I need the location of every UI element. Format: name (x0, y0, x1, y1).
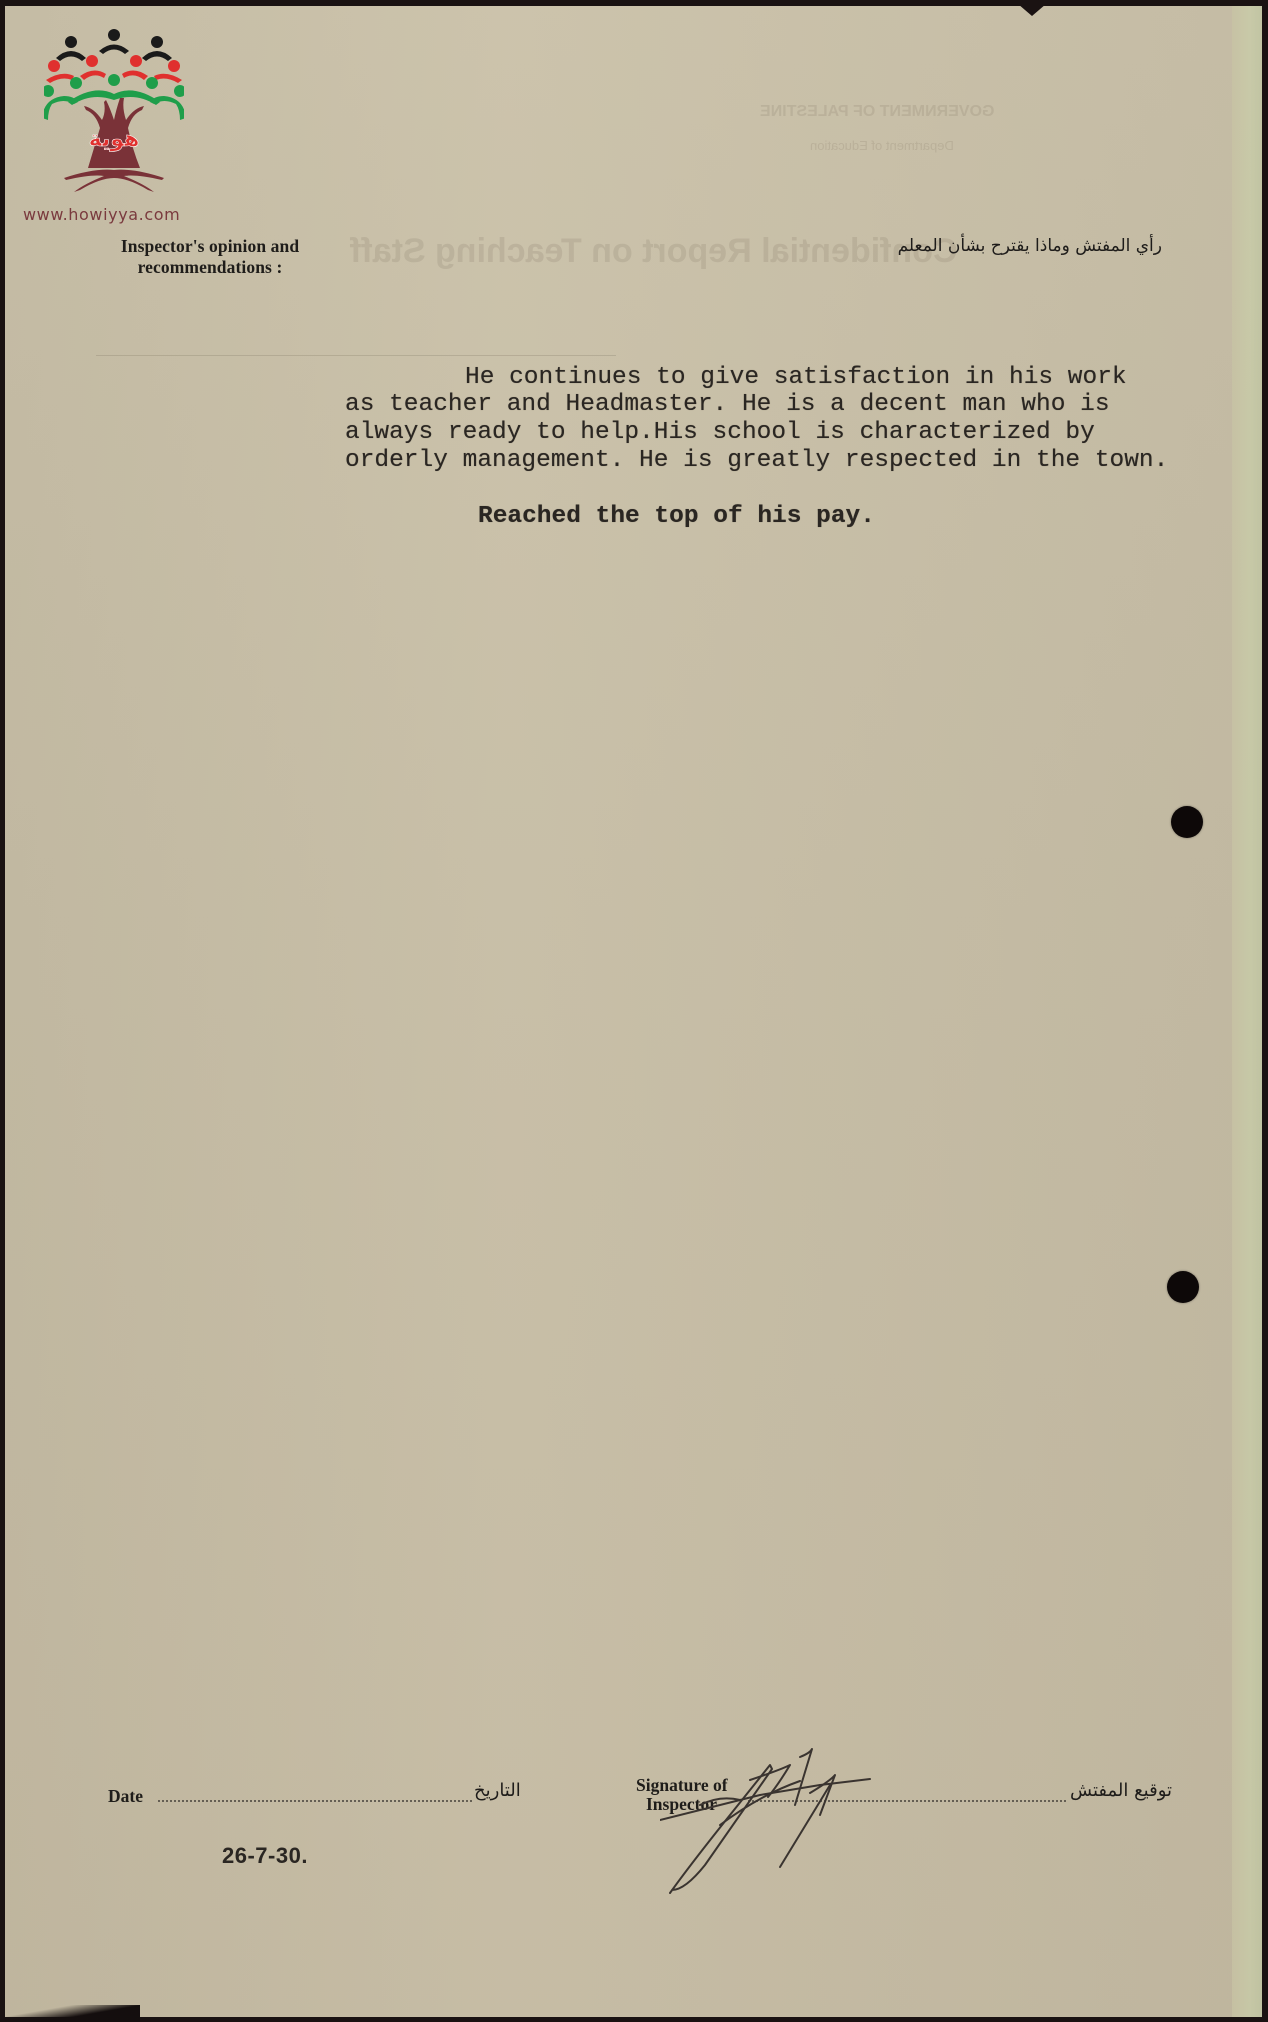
opinion-text-line-4: orderly management. He is greatly respec… (345, 447, 1168, 474)
page-top-notch (1018, 4, 1046, 16)
opinion-text-line-3: always ready to help.His school is chara… (345, 419, 1095, 446)
opinion-label-ar: رأي المفتش وماذا يقترح بشأن المعلم (880, 236, 1162, 256)
opinion-label-line-2: recommendations : (90, 257, 330, 278)
punch-hole-1 (1171, 806, 1203, 838)
opinion-label-en: Inspector's opinion and recommendations … (90, 236, 330, 278)
date-dotted-line (158, 1800, 472, 1802)
faint-divider (96, 355, 616, 356)
date-label-en: Date (108, 1786, 143, 1807)
handwritten-signature-icon (660, 1745, 920, 1895)
page-edge-strip (1232, 6, 1262, 2017)
svg-text:هوية: هوية (89, 127, 140, 152)
opinion-label-line-1: Inspector's opinion and (90, 236, 330, 257)
signature-label-ar: توقيع المفتش (1070, 1780, 1172, 1801)
punch-hole-2 (1167, 1271, 1199, 1303)
date-value: 26-7-30. (222, 1843, 308, 1869)
opinion-text-line-2: as teacher and Headmaster. He is a decen… (345, 391, 1110, 418)
opinion-text-line-5: Reached the top of his pay. (478, 503, 875, 530)
watermark-url: www.howiyya.com (23, 205, 180, 224)
date-label-ar: التاريخ (474, 1780, 521, 1801)
page-bottom-shadow (0, 2005, 140, 2022)
document-page (5, 6, 1262, 2017)
tree-of-people-logo-icon: هوية (44, 28, 184, 198)
opinion-text-line-1: He continues to give satisfaction in his… (465, 364, 1127, 391)
